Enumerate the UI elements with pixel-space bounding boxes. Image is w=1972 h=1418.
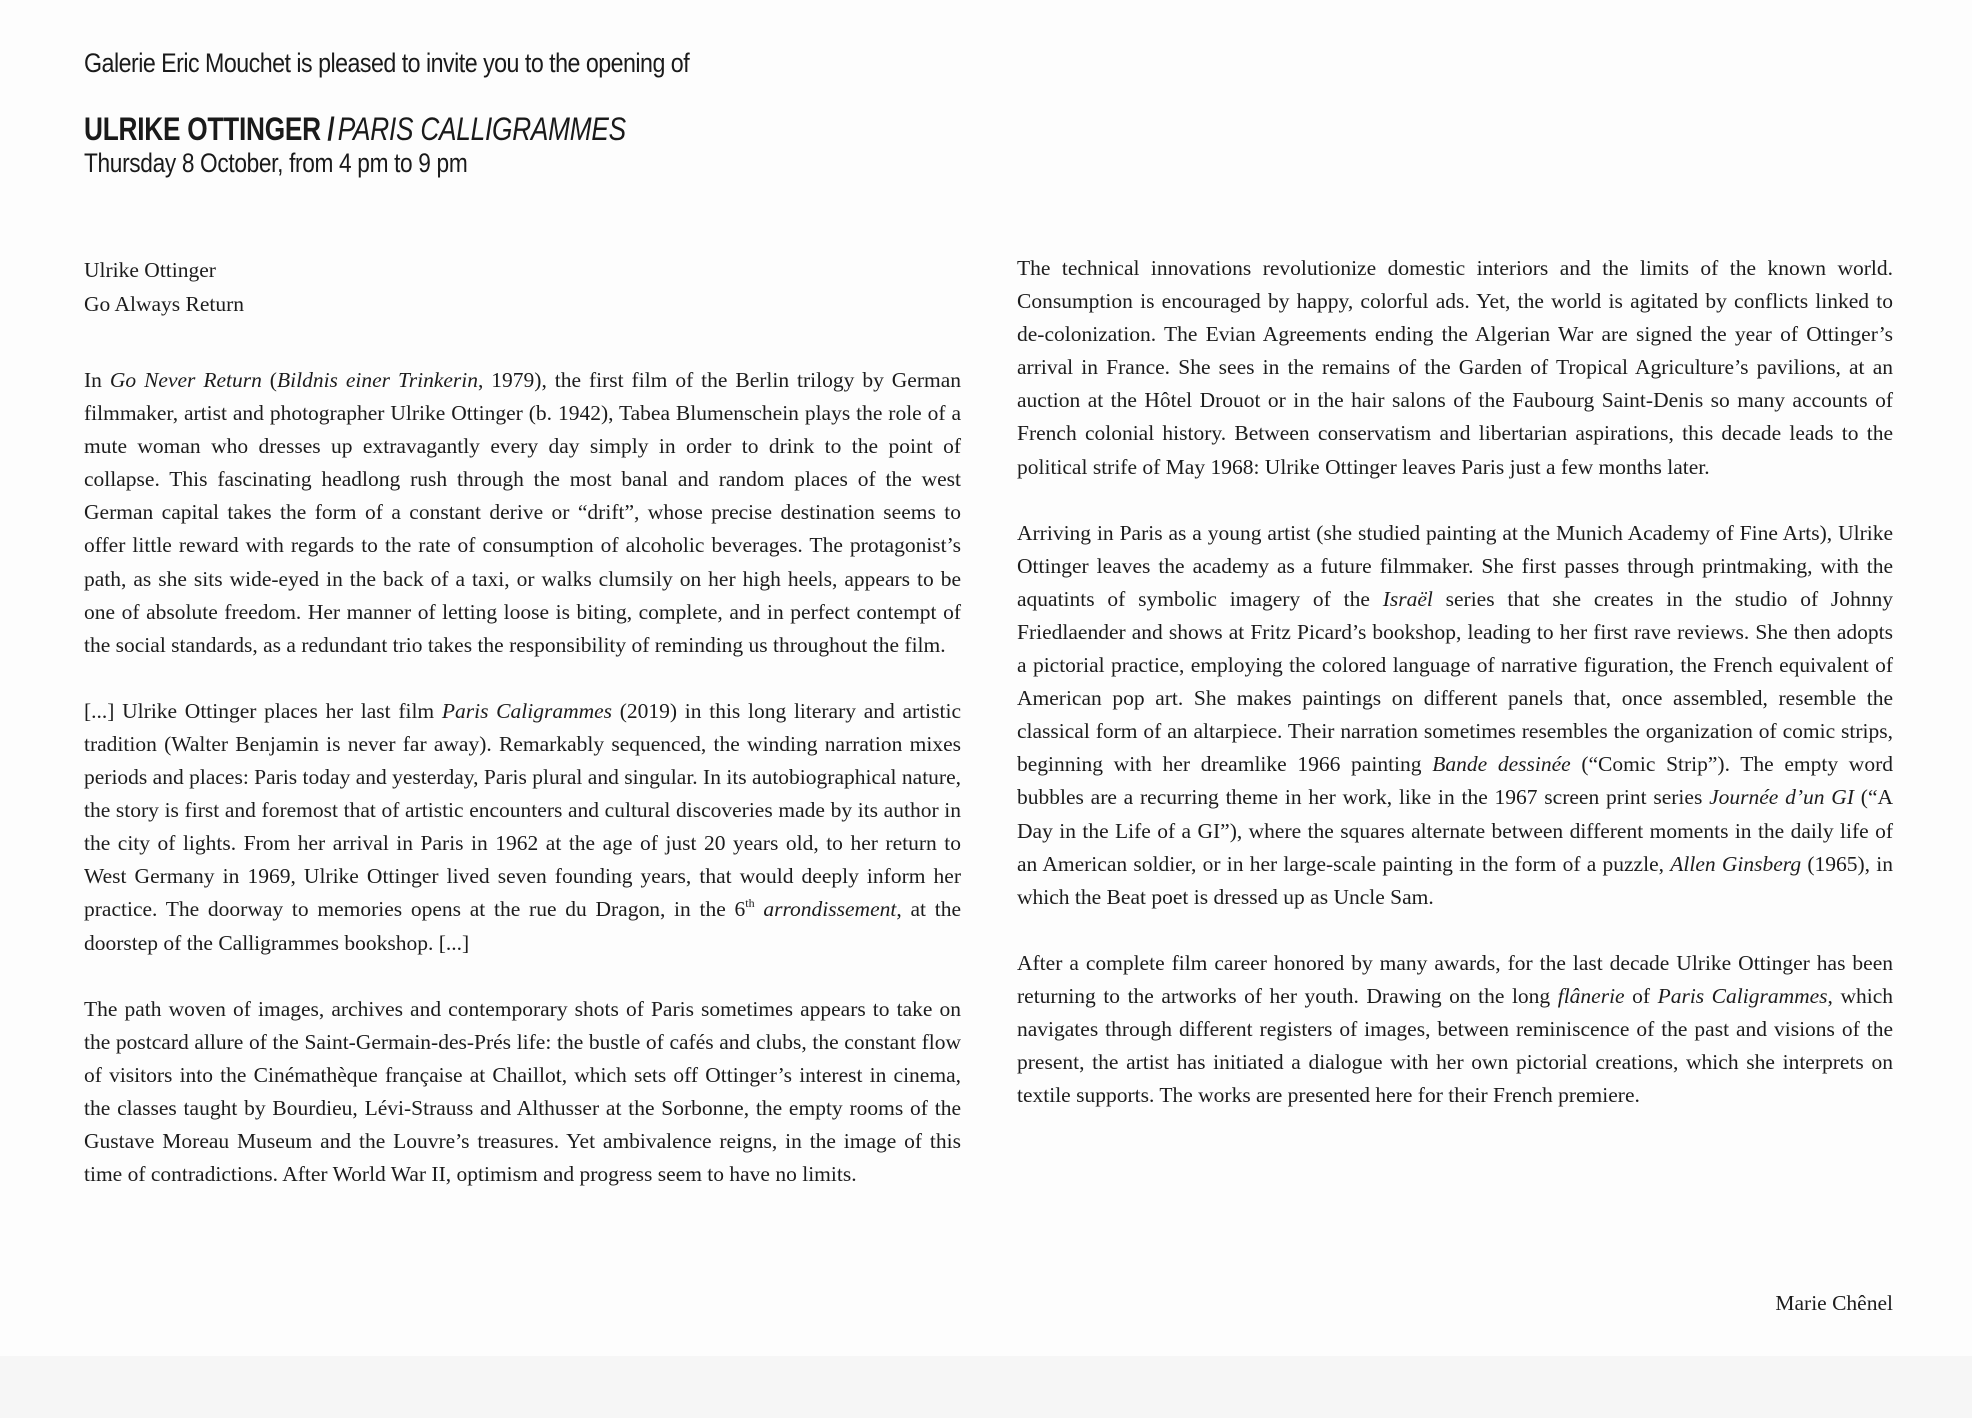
series-title: Israël — [1383, 587, 1433, 611]
film-title: Paris Caligrammes — [1658, 984, 1828, 1008]
ordinal-superscript: th — [745, 896, 754, 910]
title-separator: / — [327, 111, 334, 147]
painting-title: Bande dessinée — [1432, 752, 1570, 776]
essay-heading-author: Ulrike Ottinger — [84, 253, 961, 287]
text-run: [...] Ulrike Ottinger places her last fi… — [84, 699, 442, 723]
paper-bottom-band — [0, 1356, 1972, 1418]
text-run: The technical innovations revolutionize … — [1017, 256, 1893, 479]
essay-paragraph-6: After a complete film career honored by … — [1017, 947, 1893, 1112]
essay-right-column: The technical innovations revolutionize … — [1017, 252, 1893, 1145]
essay-paragraph-5: Arriving in Paris as a young artist (she… — [1017, 517, 1893, 914]
film-original-title: Bildnis einer Trinkerin — [277, 368, 478, 392]
artist-name: ULRIKE OTTINGER — [84, 111, 321, 147]
essay-paragraph-2: [...] Ulrike Ottinger places her last fi… — [84, 695, 961, 960]
painting-title: Allen Ginsberg — [1670, 852, 1801, 876]
author-signature: Marie Chênel — [1775, 1287, 1893, 1320]
text-run: In — [84, 368, 110, 392]
series-title: Journée d’un GI — [1709, 785, 1854, 809]
italic-term: arrondissement — [763, 897, 896, 921]
film-title: Paris Caligrammes — [442, 699, 612, 723]
essay-paragraph-1: In Go Never Return (Bildnis einer Trinke… — [84, 364, 961, 662]
film-title: Go Never Return — [110, 368, 262, 392]
text-run: The path woven of images, archives and c… — [84, 997, 961, 1186]
text-run: series that she creates in the studio of… — [1017, 587, 1893, 776]
essay-paragraph-4: The technical innovations revolutionize … — [1017, 252, 1893, 484]
opening-date: Thursday 8 October, from 4 pm to 9 pm — [84, 147, 675, 179]
invitation-line: Galerie Eric Mouchet is pleased to invit… — [84, 46, 689, 80]
text-run: of — [1625, 984, 1658, 1008]
text-run: (2019) in this long literary and artisti… — [84, 699, 961, 922]
italic-term: flânerie — [1558, 984, 1625, 1008]
show-title: PARIS CALLIGRAMMES — [338, 111, 626, 147]
text-run: ( — [262, 368, 277, 392]
invitation-header: Galerie Eric Mouchet is pleased to invit… — [84, 46, 788, 179]
text-run: , 1979), the first film of the Berlin tr… — [84, 368, 961, 657]
essay-left-column: Ulrike Ottinger Go Always Return In Go N… — [84, 253, 961, 1224]
essay-heading: Ulrike Ottinger Go Always Return — [84, 253, 961, 321]
essay-heading-title: Go Always Return — [84, 287, 961, 321]
essay-paragraph-3: The path woven of images, archives and c… — [84, 993, 961, 1192]
exhibition-title: ULRIKE OTTINGER/PARIS CALLIGRAMMES — [84, 111, 661, 147]
